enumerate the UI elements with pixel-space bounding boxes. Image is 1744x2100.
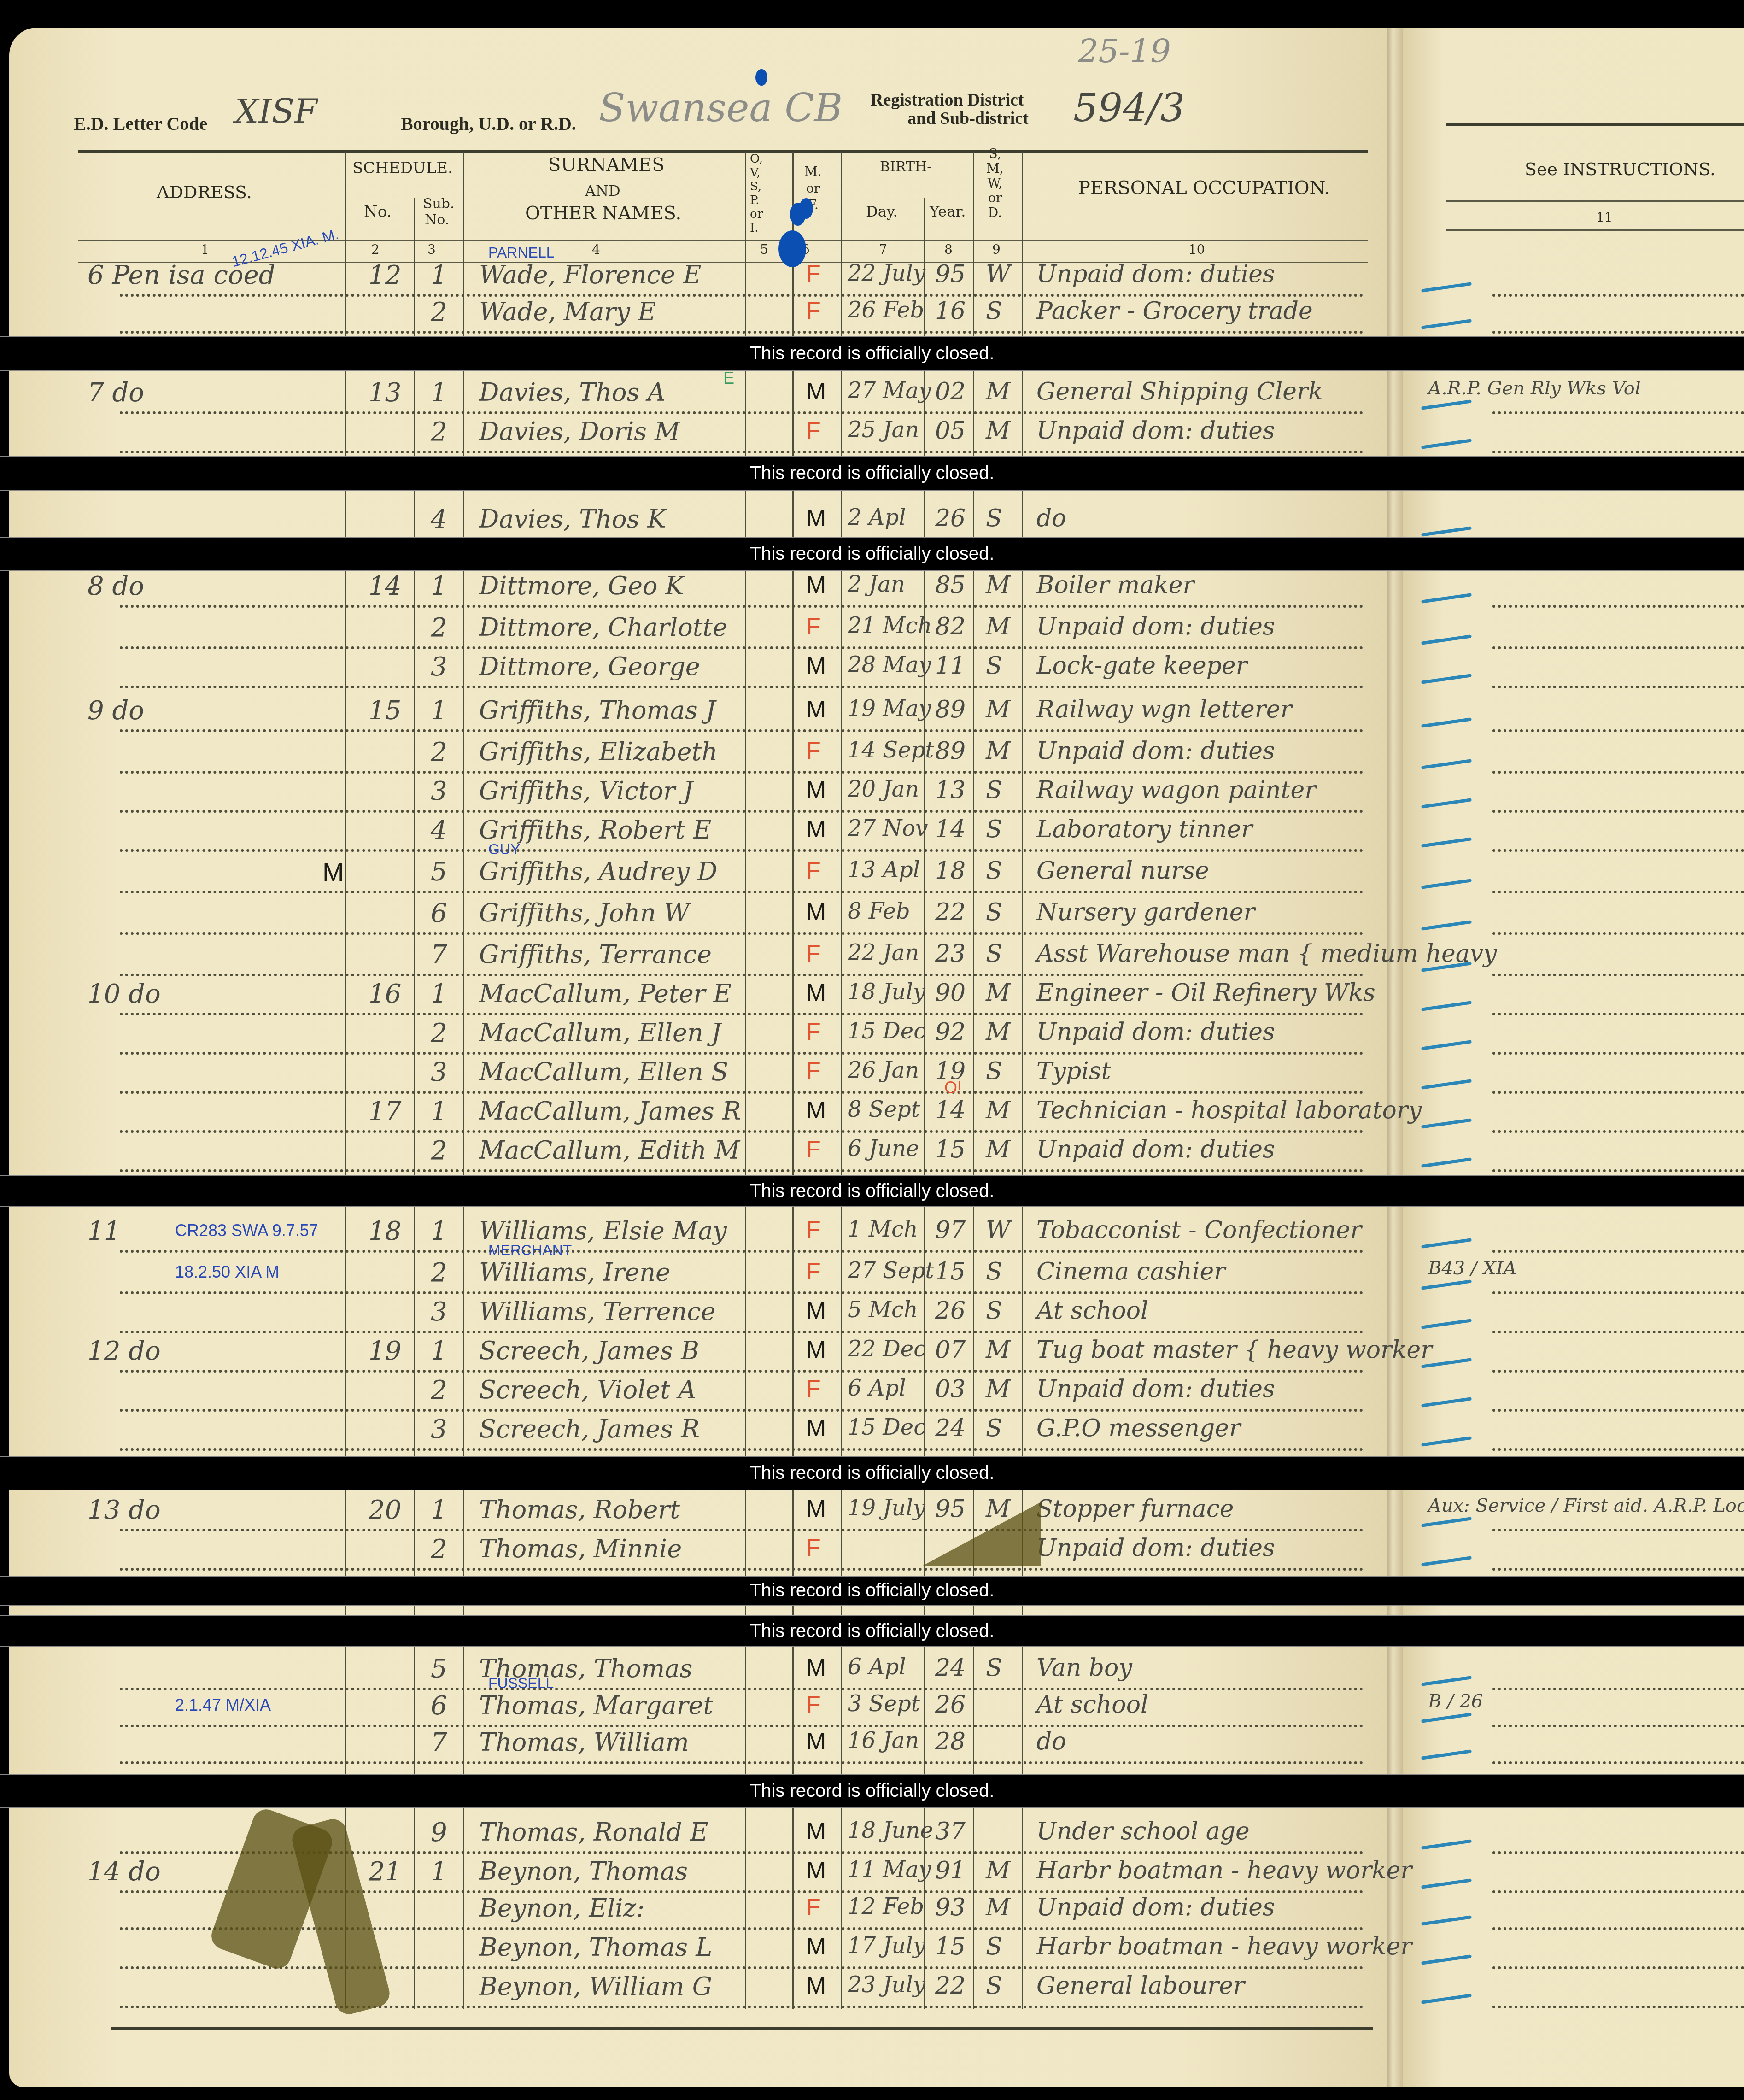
person-name: Beynon, Eliz: — [479, 1894, 644, 1923]
ink-blot — [755, 69, 767, 86]
marital-status: S — [986, 1297, 1002, 1325]
row-rule — [120, 1725, 1364, 1727]
sex-cell: M — [806, 1336, 826, 1364]
person-name: MacCallum, Edith M — [479, 1136, 740, 1165]
person-name: Thomas, Minnie — [479, 1534, 682, 1563]
row-rule — [120, 646, 1364, 649]
sex-cell: M — [806, 1818, 826, 1845]
birth-day: 6 June — [848, 1136, 919, 1161]
right-rule-1 — [1446, 200, 1744, 202]
person-name: Griffiths, Terrance — [479, 940, 712, 969]
col11-row-rule — [1492, 771, 1744, 774]
sex-cell: M — [806, 1097, 826, 1124]
marital-status: W — [986, 1216, 1010, 1244]
occupation: At school — [1036, 1691, 1148, 1719]
col11-row-rule — [1492, 1091, 1744, 1094]
sex-cell: M — [806, 898, 826, 926]
marital-status: S — [986, 652, 1002, 680]
col11-row-rule — [1492, 1966, 1744, 1969]
row-rule — [120, 1091, 1364, 1094]
person-name: Griffiths, Audrey D — [479, 857, 717, 886]
row-rule — [120, 974, 1364, 976]
borough-value: Swansea CB — [599, 85, 843, 130]
occupation: Unpaid dom: duties — [1036, 1894, 1275, 1921]
birth-year: 90 — [935, 979, 966, 1007]
schedule-number: 12 — [369, 260, 401, 290]
row-rule — [120, 1568, 1364, 1571]
col11-row-rule — [1492, 1169, 1744, 1172]
marital-status: W — [986, 260, 1010, 288]
sub-number: 7 — [431, 940, 447, 970]
person-name: Dittmore, George — [479, 652, 700, 681]
occupation: Harbr boatman - heavy worker — [1036, 1933, 1412, 1960]
sub-number: 3 — [431, 1414, 447, 1444]
birth-day: 3 Sept — [848, 1691, 920, 1717]
marital-status: M — [986, 1495, 1010, 1523]
row-rule — [120, 294, 1364, 297]
closed-record-band: This record is officially closed. — [0, 1615, 1744, 1647]
sub-number: 7 — [431, 1728, 447, 1758]
sub-number: 5 — [431, 857, 447, 887]
col-header-sub: Sub. — [423, 196, 455, 212]
birth-year: 26 — [935, 1691, 966, 1719]
birth-day: 18 June — [848, 1818, 933, 1843]
closed-record-band: This record is officially closed. — [0, 1774, 1744, 1808]
sub-number: 1 — [431, 1097, 447, 1126]
name-annotation: E — [723, 369, 734, 388]
col-header-year: Year. — [930, 203, 966, 220]
reg-district-label-1: Registration District — [871, 90, 1024, 110]
birth-day: 27 Sept — [848, 1258, 934, 1284]
closed-record-band: This record is officially closed. — [0, 1576, 1744, 1606]
marital-status: M — [986, 1136, 1010, 1163]
address-cell: 11 — [88, 1216, 120, 1246]
row-rule — [120, 411, 1364, 414]
col11-row-rule — [1492, 1529, 1744, 1531]
marital-status: S — [986, 1057, 1002, 1085]
row-rule — [120, 1370, 1364, 1373]
sex-cell: M — [806, 1654, 826, 1682]
birth-year: 92 — [935, 1018, 966, 1046]
closed-record-band: This record is officially closed. — [0, 336, 1744, 371]
sub-number: 1 — [431, 1857, 447, 1887]
birth-year: 15 — [935, 1933, 966, 1960]
occupation: Unpaid dom: duties — [1036, 737, 1275, 765]
sex-cell: F — [806, 260, 821, 288]
sub-number: 1 — [431, 571, 447, 601]
occupation: Unpaid dom: duties — [1036, 613, 1275, 640]
col-header-ovspi: O, V, S, P. or I. — [750, 152, 768, 235]
sex-cell: F — [806, 1136, 821, 1163]
occupation: Tobacconist - Confectioner — [1036, 1216, 1362, 1244]
right-rule-2 — [1446, 229, 1744, 231]
col11-row-rule — [1492, 411, 1744, 414]
col-num-10: 10 — [1188, 242, 1205, 257]
col11-row-rule — [1492, 891, 1744, 893]
birth-day: 6 Apl — [848, 1654, 906, 1680]
occupation: Nursery gardener — [1036, 898, 1255, 926]
address-cell: 8 do — [88, 571, 144, 601]
sub-number: 2 — [431, 1375, 447, 1405]
person-name: Wade, Mary E — [479, 297, 656, 326]
person-name: Davies, Doris M — [479, 417, 680, 446]
person-name: Williams, Terrence — [479, 1297, 715, 1326]
marital-status: M — [986, 737, 1010, 765]
col11-row-rule — [1492, 1761, 1744, 1764]
birth-year: 18 — [935, 857, 966, 885]
birth-day: 2 Jan — [848, 571, 905, 597]
sub-number: 3 — [431, 652, 447, 682]
ed-letter-code-label: E.D. Letter Code — [74, 113, 207, 135]
reg-district-value: 594/3 — [1073, 85, 1185, 130]
occupation: Engineer - Oil Refinery Wks — [1036, 979, 1375, 1007]
person-name: Davies, Thos A — [479, 378, 665, 407]
occupation: Typist — [1036, 1057, 1111, 1085]
row-rule — [120, 1291, 1364, 1294]
birth-day: 22 July — [848, 260, 925, 286]
col-num-3: 3 — [427, 242, 436, 257]
person-name: Griffiths, Robert E — [479, 815, 711, 845]
person-name: Dittmore, Charlotte — [479, 613, 727, 642]
marital-status: S — [986, 857, 1002, 885]
marital-status: S — [986, 1654, 1002, 1682]
birth-year: 82 — [935, 613, 966, 640]
person-name: Beynon, Thomas — [479, 1857, 688, 1886]
birth-year: 14 — [935, 1097, 966, 1124]
occupation: do — [1036, 1728, 1066, 1755]
col-divider-ovspi — [792, 152, 794, 2009]
birth-day: 15 Dec — [848, 1018, 926, 1044]
birth-day: 11 May — [848, 1857, 931, 1883]
birth-day: 19 July — [848, 1495, 925, 1521]
col-num-7: 7 — [879, 242, 887, 257]
sex-cell: M — [806, 979, 826, 1007]
col-divider-address — [345, 152, 346, 2009]
col11-note: B / 26 — [1428, 1691, 1483, 1712]
col11-row-rule — [1492, 1250, 1744, 1253]
sex-cell: M — [806, 378, 826, 405]
row-rule — [120, 1927, 1364, 1930]
col-header-other-names: OTHER NAMES. — [525, 203, 681, 224]
sex-cell: F — [806, 1534, 821, 1562]
occupation: Railway wgn letterer — [1036, 696, 1292, 723]
birth-day: 16 Jan — [848, 1728, 919, 1754]
sex-cell: F — [806, 1894, 821, 1921]
marital-status: S — [986, 1258, 1002, 1285]
address-cell: 9 do — [88, 696, 144, 726]
person-name: Griffiths, Elizabeth — [479, 737, 718, 766]
sex-cell: M — [806, 1728, 826, 1755]
col11-row-rule — [1492, 331, 1744, 334]
col-header-surnames: SURNAMES — [548, 154, 665, 176]
sex-cell: M — [806, 1933, 826, 1960]
sub-number: 2 — [431, 297, 447, 327]
closed-record-band: This record is officially closed. — [0, 1456, 1744, 1490]
col11-row-rule — [1492, 1890, 1744, 1893]
birth-year: 26 — [935, 1297, 966, 1325]
sex-cell: M — [806, 1495, 826, 1523]
col-header-birth: BIRTH- — [880, 159, 931, 175]
marital-status: M — [986, 979, 1010, 1007]
birth-day: 26 Jan — [848, 1057, 919, 1083]
closed-record-band: This record is officially closed. — [0, 537, 1744, 571]
occupation: At school — [1036, 1297, 1148, 1325]
row-rule — [120, 1250, 1364, 1253]
birth-day: 13 Apl — [848, 857, 920, 883]
birth-year: 05 — [935, 417, 966, 445]
birth-day: 8 Feb — [848, 898, 910, 924]
birth-year: 93 — [935, 1894, 966, 1921]
row-rule — [120, 1013, 1364, 1015]
col-divider-marital — [1022, 152, 1023, 2009]
col11-row-rule — [1492, 1291, 1744, 1294]
col11-row-rule — [1492, 605, 1744, 608]
col11-row-rule — [1492, 1409, 1744, 1412]
borough-label: Borough, U.D. or R.D. — [401, 113, 576, 135]
schedule-number: 14 — [369, 571, 401, 601]
reg-district-label-2: and Sub-district — [907, 108, 1029, 129]
person-name: Thomas, Margaret — [479, 1691, 713, 1720]
sex-cell: F — [806, 857, 821, 885]
col11-row-rule — [1492, 974, 1744, 976]
col11-row-rule — [1492, 1052, 1744, 1055]
col-header-occupation: PERSONAL OCCUPATION. — [1078, 177, 1330, 199]
marital-status: M — [986, 1018, 1010, 1046]
person-name: Thomas, William — [479, 1728, 689, 1757]
sub-number: 1 — [431, 1495, 447, 1525]
col11-row-rule — [1492, 1851, 1744, 1854]
col11-row-rule — [1492, 451, 1744, 453]
col11-row-rule — [1492, 294, 1744, 297]
row-rule — [120, 1761, 1364, 1764]
row-rule — [120, 1529, 1364, 1531]
birth-year: 37 — [935, 1818, 966, 1845]
birth-day: 1 Mch — [848, 1216, 918, 1242]
birth-day: 22 Jan — [848, 940, 919, 966]
col11-row-rule — [1492, 1725, 1744, 1727]
sub-number: 2 — [431, 1136, 447, 1166]
occupation: Tug boat master { heavy worker — [1036, 1336, 1432, 1364]
row-rule — [120, 849, 1364, 852]
birth-day: 28 May — [848, 652, 931, 678]
occupation: Stopper furnace — [1036, 1495, 1234, 1523]
row-rule — [120, 1052, 1364, 1055]
col11-row-rule — [1492, 1370, 1744, 1373]
footer-rule — [111, 2027, 1373, 2030]
address-annotation: 2.1.47 M/XIA — [175, 1695, 271, 1715]
sex-cell: M — [806, 652, 826, 680]
birth-year: 95 — [935, 1495, 966, 1523]
row-rule — [120, 1688, 1364, 1690]
ink-blot — [778, 230, 806, 267]
marital-status: S — [986, 297, 1002, 325]
sub-number: 1 — [431, 1336, 447, 1366]
person-name: Screech, Violet A — [479, 1375, 696, 1404]
birth-day: 22 Dec — [848, 1336, 926, 1362]
address-cell: 13 do — [88, 1495, 161, 1525]
ink-blot — [790, 203, 806, 226]
person-name: MacCallum, Ellen J — [479, 1018, 721, 1047]
occupation: Asst Warehouse man { medium heavy — [1036, 940, 1497, 968]
row-rule — [120, 1448, 1364, 1451]
person-name: Thomas, Robert — [479, 1495, 680, 1524]
col-num-1: 1 — [201, 242, 209, 257]
occupation: Packer - Grocery trade — [1036, 297, 1313, 325]
person-name: MacCallum, Peter E — [479, 979, 732, 1008]
marital-status: S — [986, 504, 1002, 532]
sex-cell: F — [806, 297, 821, 325]
col11-row-rule — [1492, 1331, 1744, 1333]
col-divider-sub — [463, 152, 464, 2009]
sex-cell: F — [806, 1057, 821, 1085]
col-num-11: 11 — [1596, 210, 1613, 225]
address-cell: M — [322, 857, 344, 887]
pencil-reference: 25-19 — [1078, 32, 1171, 70]
sex-cell: M — [806, 504, 826, 532]
surname-overwrite: GUY — [488, 841, 520, 858]
header-number-rule-top — [78, 240, 1368, 241]
closed-record-band: This record is officially closed. — [0, 456, 1744, 491]
marital-status: M — [986, 613, 1010, 640]
col11-row-rule — [1492, 1130, 1744, 1133]
col-header-schedule: SCHEDULE. — [352, 159, 453, 177]
sub-number: 6 — [431, 1691, 447, 1721]
red-annotation: O! — [944, 1078, 962, 1097]
sub-number: 1 — [431, 979, 447, 1009]
birth-year: 97 — [935, 1216, 966, 1244]
schedule-number: 17 — [369, 1097, 401, 1126]
birth-year: 24 — [935, 1654, 966, 1682]
address-annotation: CR283 SWA 9.7.57 — [175, 1221, 318, 1240]
sub-number: 3 — [431, 1297, 447, 1327]
surname-overwrite: MERCHANT — [488, 1242, 572, 1259]
sex-cell: F — [806, 940, 821, 968]
person-name: Beynon, Thomas L — [479, 1933, 712, 1962]
birth-day: 8 Sept — [848, 1097, 920, 1122]
birth-year: 14 — [935, 815, 966, 843]
birth-day: 21 Mch — [848, 613, 932, 639]
birth-year: 22 — [935, 898, 966, 926]
person-name: Griffiths, Victor J — [479, 776, 693, 805]
row-rule — [120, 1331, 1364, 1333]
schedule-number: 18 — [369, 1216, 401, 1246]
occupation: do — [1036, 504, 1066, 532]
sex-cell: M — [806, 696, 826, 723]
occupation: Unpaid dom: duties — [1036, 1534, 1275, 1562]
schedule-number: 15 — [369, 696, 401, 726]
marital-status: S — [986, 940, 1002, 968]
birth-day: 27 May — [848, 378, 931, 404]
occupation: General nurse — [1036, 857, 1209, 885]
sub-number: 2 — [431, 613, 447, 643]
sub-number: 1 — [431, 378, 447, 408]
col-num-4: 4 — [592, 242, 600, 257]
col-header-sub-no: No. — [425, 212, 449, 228]
col-divider-name — [745, 152, 746, 2009]
person-name: Griffiths, Thomas J — [479, 696, 716, 725]
sub-number: 4 — [431, 815, 447, 845]
address-cell: 7 do — [88, 378, 144, 408]
surname-overwrite: FUSSELL — [488, 1675, 554, 1692]
schedule-number: 21 — [369, 1857, 401, 1887]
occupation: Harbr boatman - heavy worker — [1036, 1857, 1412, 1884]
birth-year: 89 — [935, 737, 966, 765]
birth-year: 11 — [935, 652, 966, 680]
sub-number: 1 — [431, 696, 447, 726]
col-num-5: 5 — [760, 242, 768, 257]
person-name: Wade, Florence E — [479, 260, 701, 289]
birth-year: 15 — [935, 1258, 966, 1285]
birth-year: 89 — [935, 696, 966, 723]
sub-number: 1 — [431, 260, 447, 290]
birth-year: 91 — [935, 1857, 966, 1884]
sub-number: 9 — [431, 1818, 447, 1848]
row-rule — [120, 686, 1364, 688]
col-num-8: 8 — [944, 242, 953, 257]
schedule-number: 13 — [369, 378, 401, 408]
occupation: Under school age — [1036, 1818, 1250, 1845]
marital-status: S — [986, 1933, 1002, 1960]
sub-number: 2 — [431, 1258, 447, 1288]
header-rule — [78, 150, 1368, 153]
address-annotation: 18.2.50 XIA M — [175, 1262, 279, 1282]
surname-overwrite: PARNELL — [488, 244, 554, 261]
sub-number: 2 — [431, 1534, 447, 1564]
person-name: Screech, James R — [479, 1414, 700, 1443]
person-name: Screech, James B — [479, 1336, 699, 1365]
col11-row-rule — [1492, 646, 1744, 649]
col-header-address: ADDRESS. — [157, 182, 252, 202]
birth-year: 03 — [935, 1375, 966, 1403]
marital-status: S — [986, 1414, 1002, 1442]
col-num-9: 9 — [992, 242, 1001, 257]
birth-day: 18 July — [848, 979, 925, 1005]
birth-year: 16 — [935, 297, 966, 325]
occupation: Technician - hospital laboratory — [1036, 1097, 1422, 1124]
row-rule — [120, 1169, 1364, 1172]
sex-cell: F — [806, 1691, 821, 1719]
sex-cell: F — [806, 1375, 821, 1403]
sex-cell: M — [806, 571, 826, 599]
col11-note: B43 / XIA — [1428, 1258, 1516, 1279]
sex-cell: F — [806, 737, 821, 765]
person-name: Williams, Elsie May — [479, 1216, 727, 1245]
birth-year: 24 — [935, 1414, 966, 1442]
ed-letter-code-value: XISF — [235, 92, 317, 131]
birth-year: 28 — [935, 1728, 966, 1755]
col-header-instructions: See INSTRUCTIONS. — [1525, 159, 1715, 179]
row-rule — [120, 932, 1364, 935]
schedule-number: 16 — [369, 979, 401, 1009]
address-cell: 14 do — [88, 1857, 161, 1887]
birth-year: 85 — [935, 571, 966, 599]
col11-row-rule — [1492, 810, 1744, 813]
sub-number: 1 — [431, 1216, 447, 1246]
birth-year: 26 — [935, 504, 966, 532]
marital-status: M — [986, 571, 1010, 599]
marital-status: S — [986, 898, 1002, 926]
birth-day: 6 Apl — [848, 1375, 906, 1401]
row-rule — [120, 771, 1364, 774]
marital-status: M — [986, 1857, 1010, 1884]
marital-status: M — [986, 1097, 1010, 1124]
row-rule — [120, 729, 1364, 732]
marital-status: M — [986, 1336, 1010, 1364]
person-name: MacCallum, Ellen S — [479, 1057, 728, 1086]
sub-number: 6 — [431, 898, 447, 928]
row-rule — [120, 810, 1364, 813]
occupation: General Shipping Clerk — [1036, 378, 1323, 405]
